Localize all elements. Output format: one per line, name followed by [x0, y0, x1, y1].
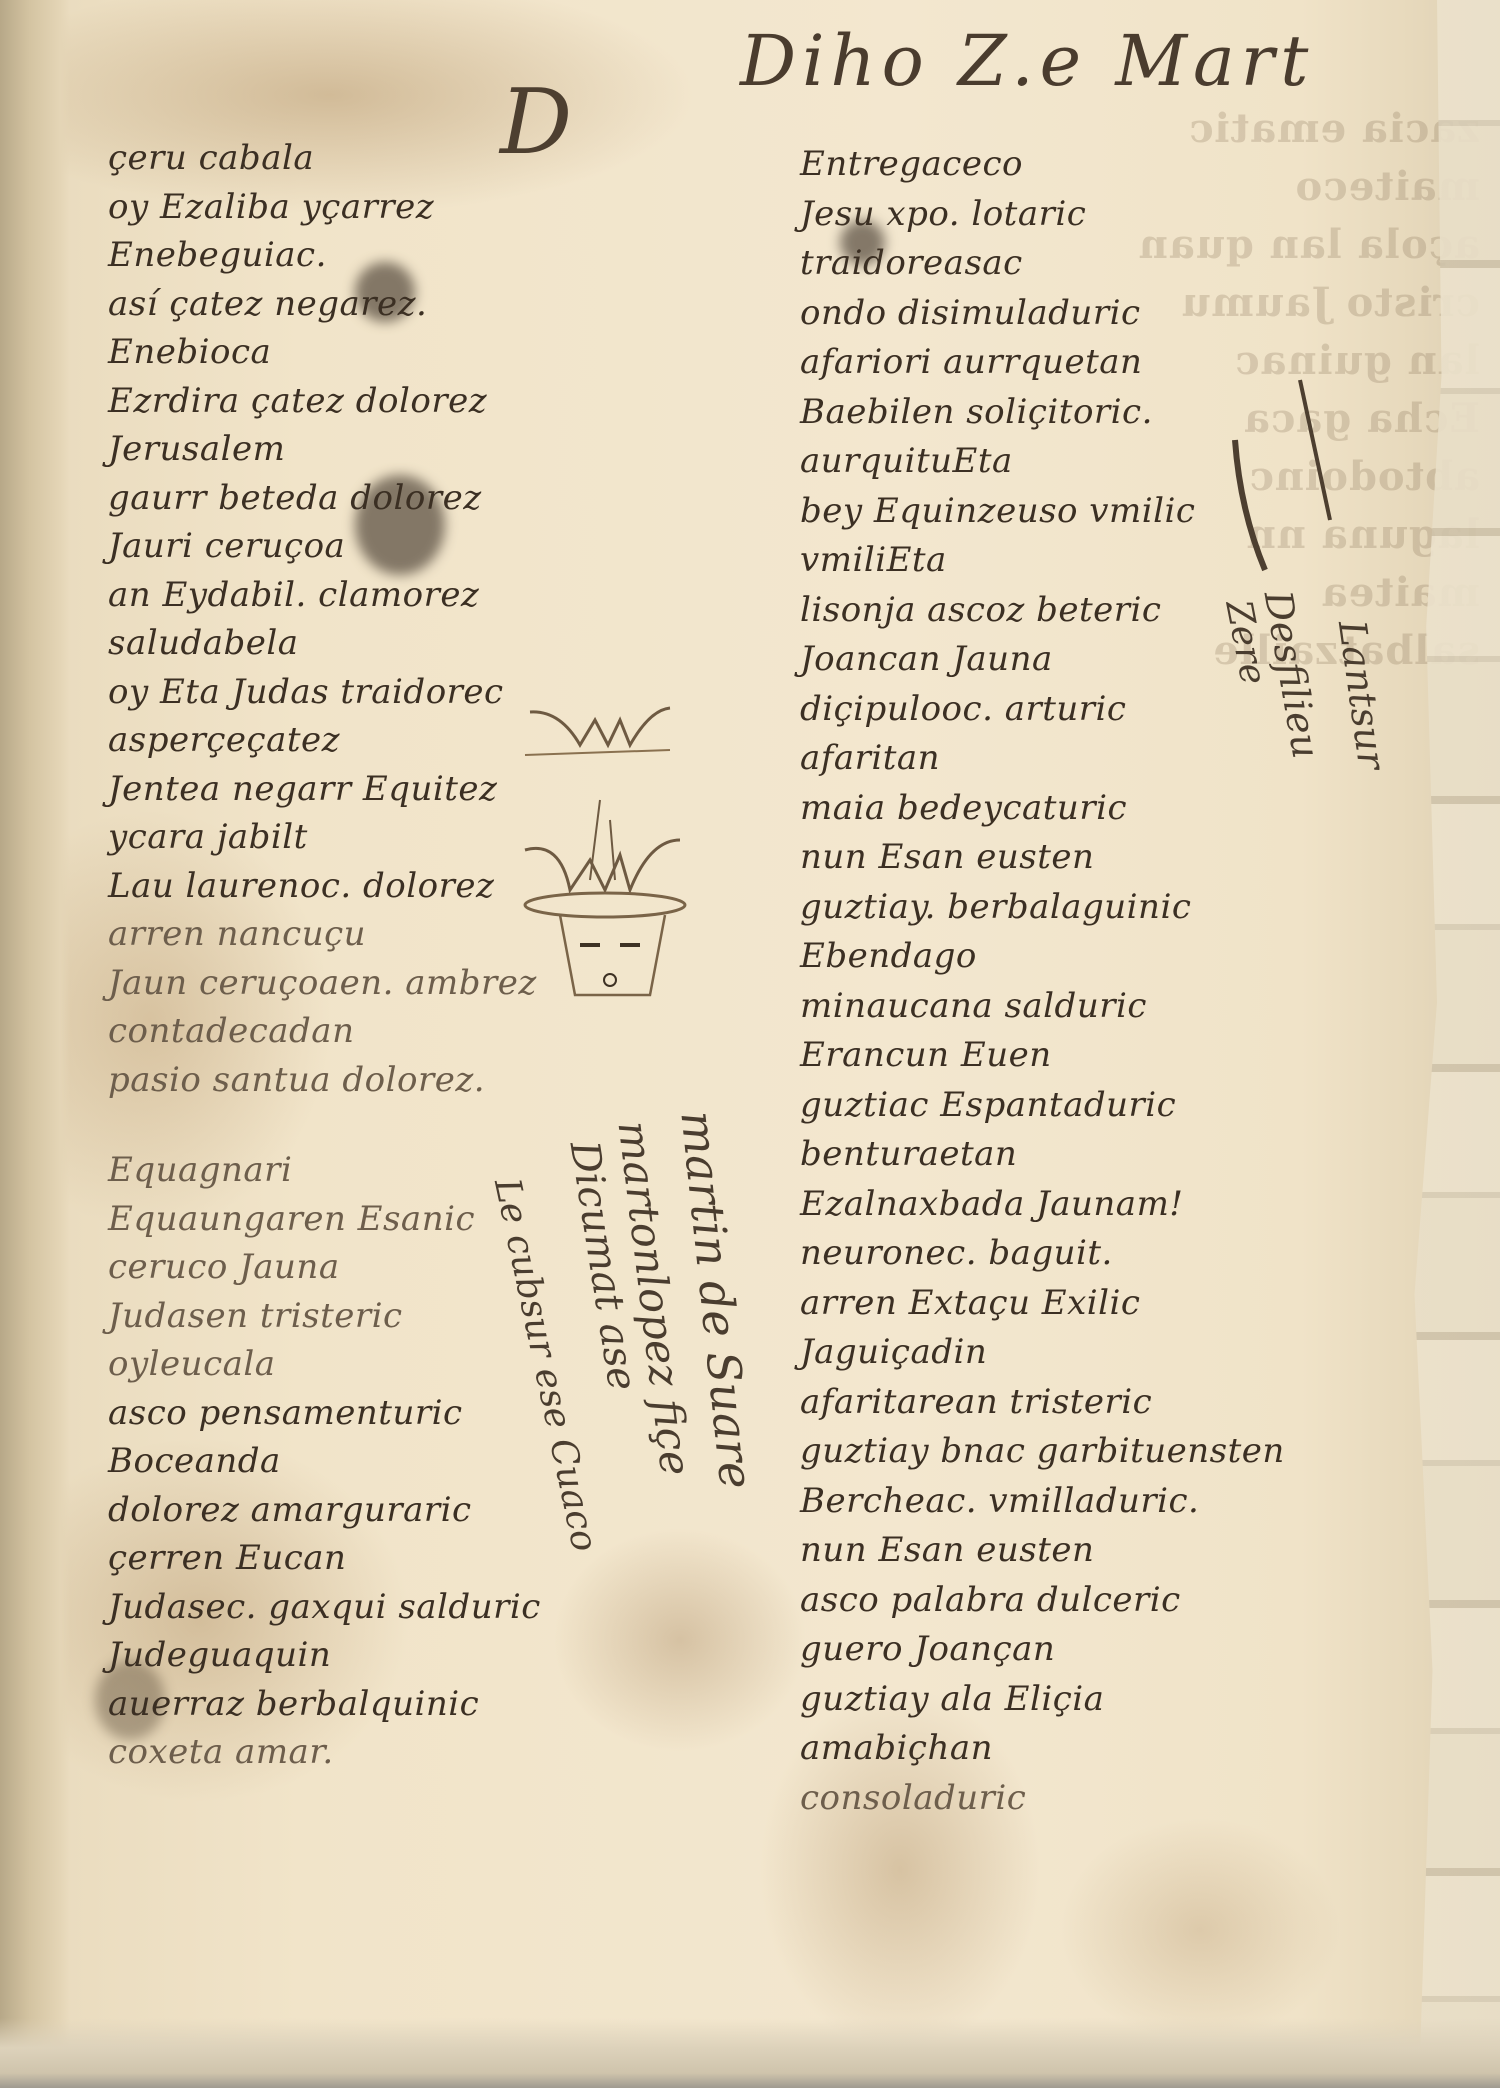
verse-line: Enebeguiac. — [108, 231, 541, 280]
verse-line: Jaguiçadin — [800, 1328, 1285, 1378]
verse-line: afaritan — [800, 734, 1285, 784]
verse-line: nun Esan eusten — [800, 833, 1285, 883]
verse-line: pasio santua dolorez. — [108, 1056, 541, 1105]
page-bottom-edge — [0, 2018, 1500, 2088]
verse-line: Ezrdira çatez dolorez — [108, 377, 541, 426]
verse-line: Lau laurenoc. dolorez — [108, 862, 541, 911]
verse-line: oy Eta Judas traidorec — [108, 668, 541, 717]
verse-line: Ezalnaxbada Jaunam! — [800, 1180, 1285, 1230]
verse-line: Joancan Jauna — [800, 635, 1285, 685]
crowned-head-sketch-icon — [520, 780, 690, 1010]
left-verse-column: çeru cabala oy Ezaliba yçarrez Enebeguia… — [108, 134, 541, 1777]
verse-line: Jaun ceruçoaen. ambrez — [108, 959, 541, 1008]
verse-line: Judasen tristeric — [108, 1292, 541, 1341]
pen-stroke-marks — [1220, 370, 1340, 630]
verse-line: an Eydabil. clamorez — [108, 571, 541, 620]
verse-line: Baebilen soliçitoric. — [800, 388, 1285, 438]
verse-line: asco palabra dulceric — [800, 1576, 1285, 1626]
verse-line: asperçeçatez — [108, 716, 541, 765]
verse-line: saludabela — [108, 619, 541, 668]
verse-line: Equagnari — [108, 1146, 541, 1195]
verse-line: amabiçhan — [800, 1724, 1285, 1774]
verse-line: Entregaceco — [800, 140, 1285, 190]
verse-line: lisonja ascoz beteric — [800, 586, 1285, 636]
verse-line: vmiliEta — [800, 536, 1285, 586]
page-heading: Diho Z.e Mart — [740, 20, 1314, 102]
verse-line: aurquituEta — [800, 437, 1285, 487]
verse-line: Judeguaquin — [108, 1631, 541, 1680]
verse-line: Judasec. gaxqui salduric — [108, 1583, 541, 1632]
verse-line: Bercheac. vmilladuric. — [800, 1477, 1285, 1527]
verse-line: traidoreasac — [800, 239, 1285, 289]
verse-line: Equaungaren Esanic — [108, 1195, 541, 1244]
verse-line: bey Equinzeuso vmilic — [800, 487, 1285, 537]
verse-line: asco pensamenturic — [108, 1389, 541, 1438]
verse-line: guztiay. berbalaguinic — [800, 883, 1285, 933]
verse-line: Jentea negarr Equitez — [108, 765, 541, 814]
verse-line: guztiay ala Eliçia — [800, 1675, 1285, 1725]
verse-line: consoladuric — [800, 1774, 1285, 1824]
verse-line: Enebioca — [108, 328, 541, 377]
verse-line: gaurr beteda dolorez — [108, 474, 541, 523]
right-verse-column: Entregaceco Jesu xpo. lotaric traidoreas… — [800, 140, 1285, 1823]
verse-line: oyleucala — [108, 1340, 541, 1389]
verse-line: arren nancuçu — [108, 910, 541, 959]
verse-line: arren Extaçu Exilic — [800, 1279, 1285, 1329]
verse-line: Ebendago — [800, 932, 1285, 982]
verse-line: Jerusalem — [108, 425, 541, 474]
verse-line: Erancun Euen — [800, 1031, 1285, 1081]
verse-line: diçipulooc. arturic — [800, 685, 1285, 735]
verse-line: minaucana salduric — [800, 982, 1285, 1032]
verse-line: afaritarean tristeric — [800, 1378, 1285, 1428]
verse-line: coxeta amar. — [108, 1728, 541, 1777]
verse-line: afariori aurrquetan — [800, 338, 1285, 388]
verse-line: benturaetan — [800, 1130, 1285, 1180]
verse-line: çeru cabala — [108, 134, 541, 183]
verse-line: así çatez negarez. — [108, 280, 541, 329]
verse-line: ondo disimuladuric — [800, 289, 1285, 339]
verse-line: guztiay bnac garbituensten — [800, 1427, 1285, 1477]
verse-line: dolorez amarguraric — [108, 1486, 541, 1535]
verse-line: Jesu xpo. lotaric — [800, 190, 1285, 240]
verse-line: guztiac Espantaduric — [800, 1081, 1285, 1131]
verse-line: Boceanda — [108, 1437, 541, 1486]
verse-line: neuronec. baguit. — [800, 1229, 1285, 1279]
verse-line: guero Joançan — [800, 1625, 1285, 1675]
crown-sketch-icon — [520, 700, 690, 760]
book-spine-edge — [0, 0, 70, 2088]
verse-line: oy Ezaliba yçarrez — [108, 183, 541, 232]
verse-line: çerren Eucan — [108, 1534, 541, 1583]
verse-line: auerraz berbalquinic — [108, 1680, 541, 1729]
manuscript-page: zacia ematic maiteco açola lan quan cris… — [0, 0, 1500, 2088]
verse-line: contadecadan — [108, 1007, 541, 1056]
verse-line: ycara jabilt — [108, 813, 541, 862]
verse-line: nun Esan eusten — [800, 1526, 1285, 1576]
verse-line: Jauri ceruçoa — [108, 522, 541, 571]
verse-line: maia bedeycaturic — [800, 784, 1285, 834]
verse-line: ceruco Jauna — [108, 1243, 541, 1292]
